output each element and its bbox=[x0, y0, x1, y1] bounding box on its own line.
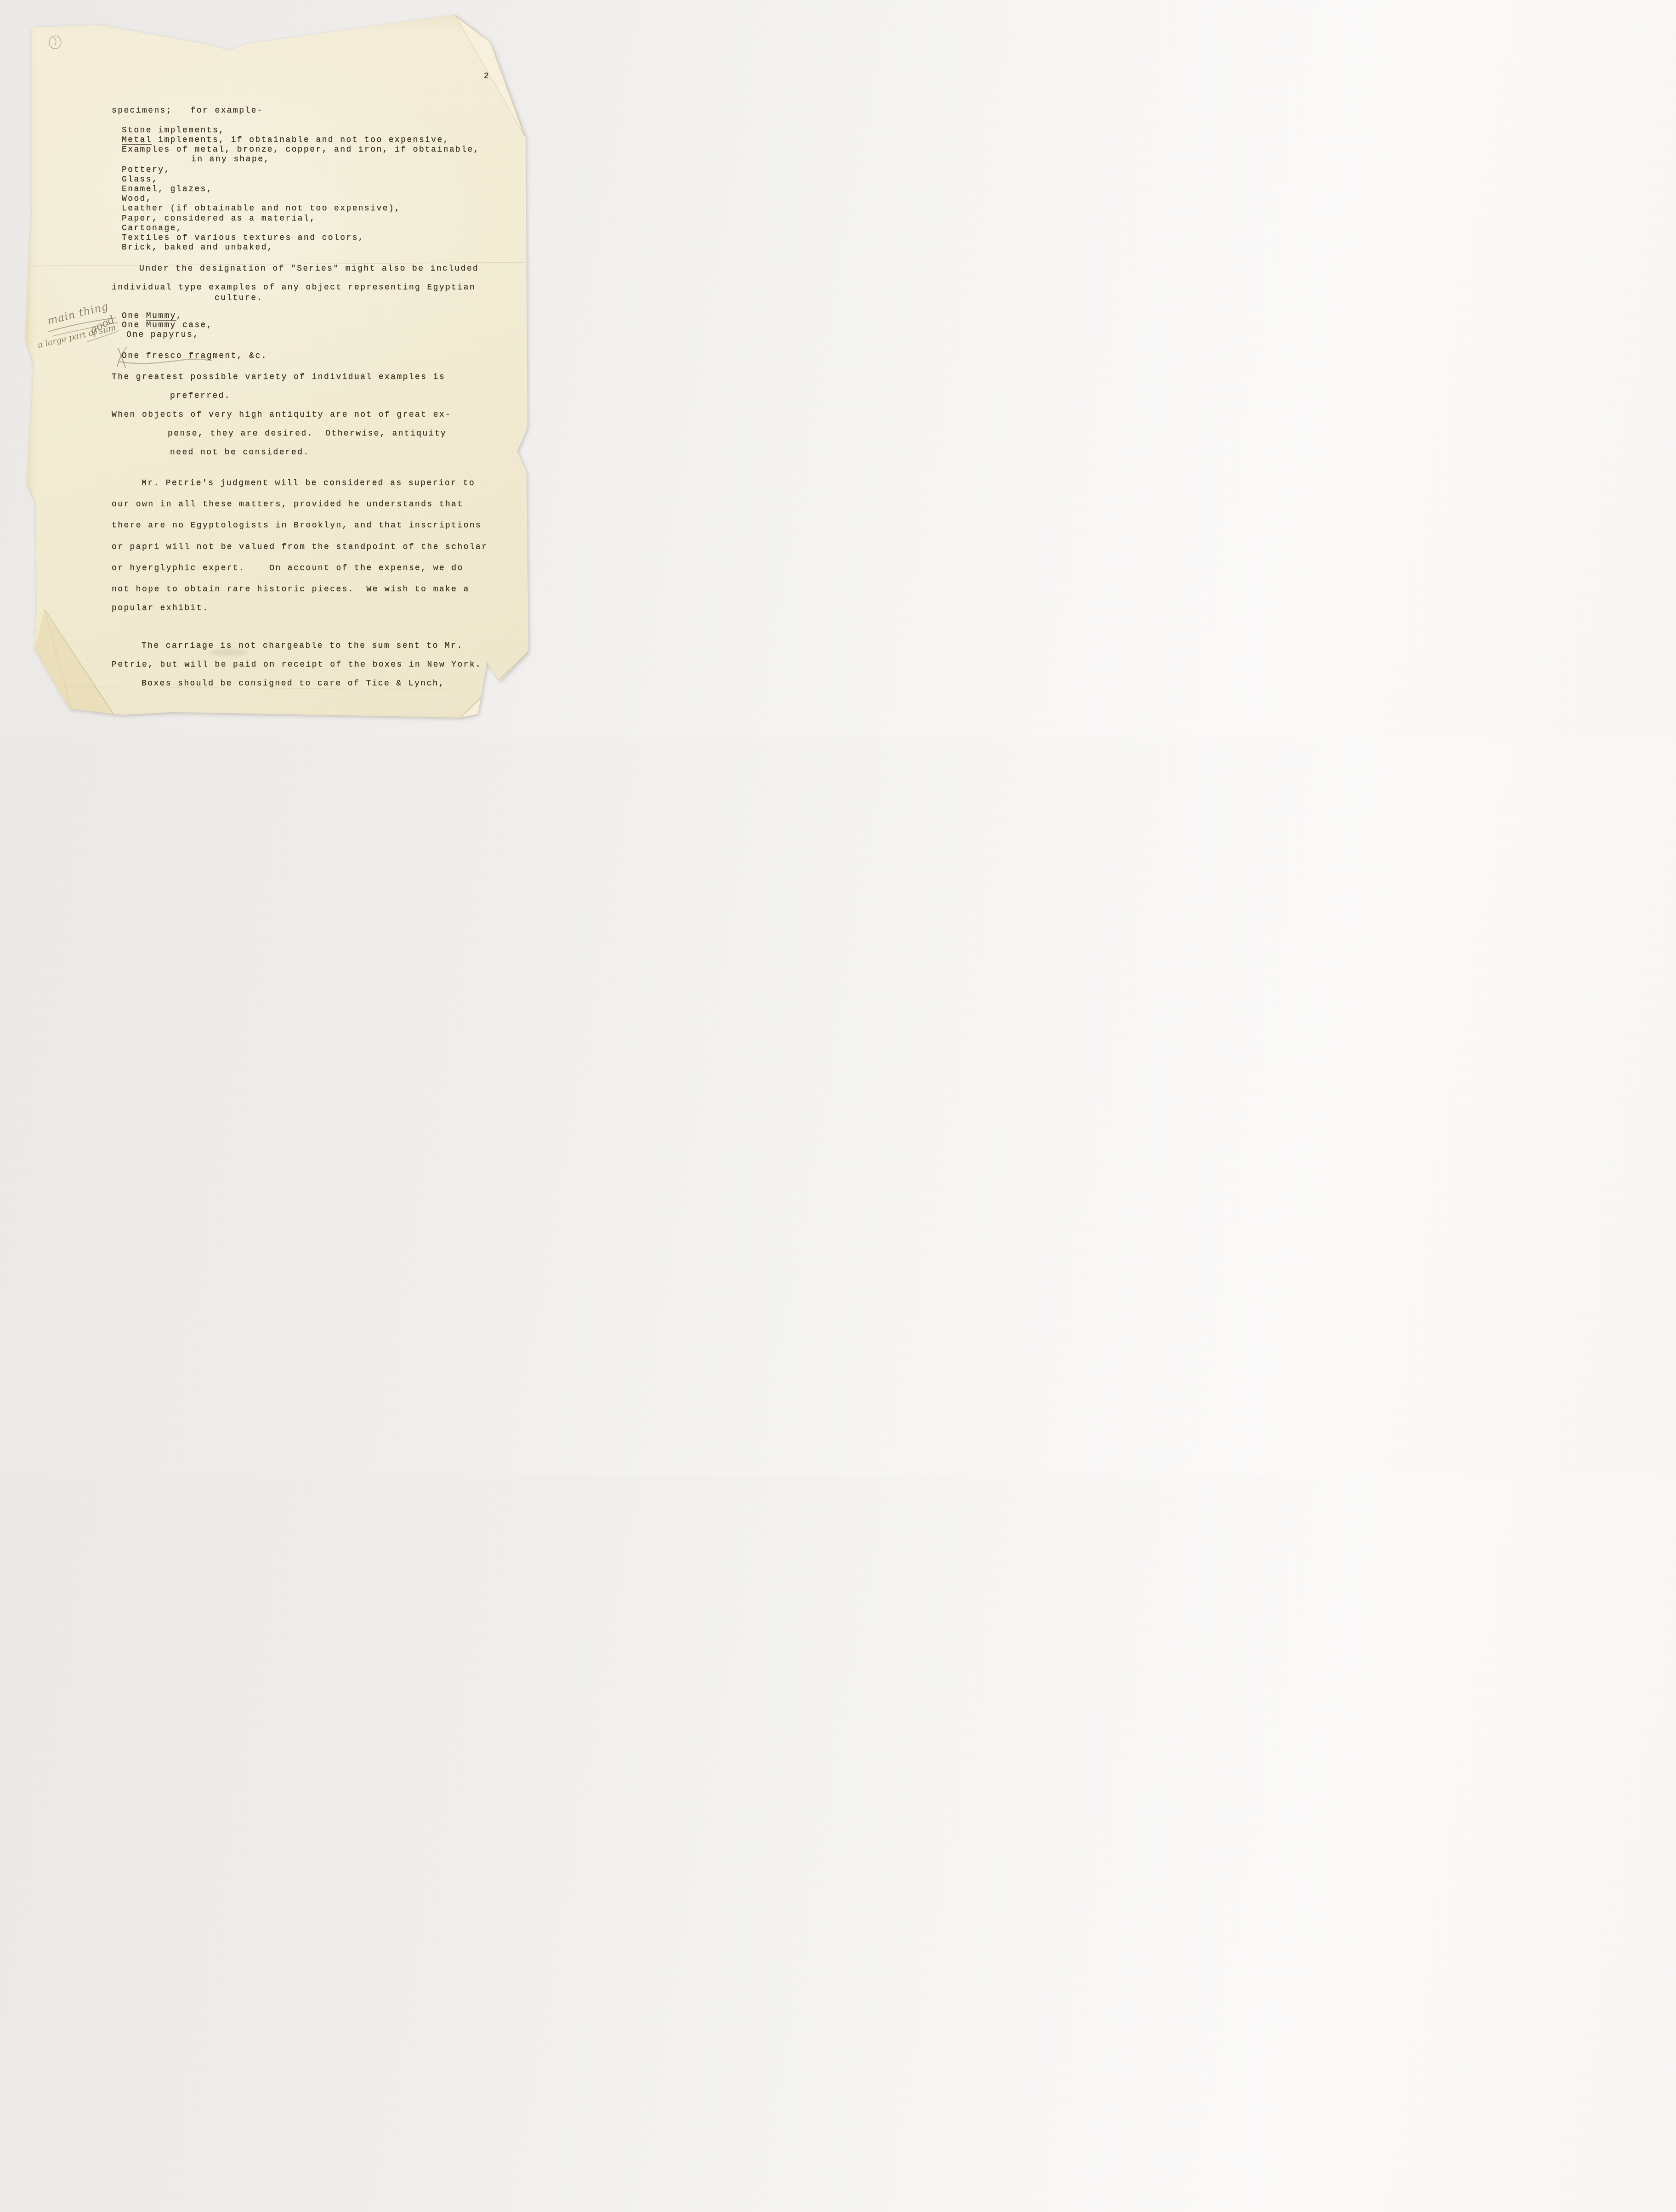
typed-line: Petrie, but will be paid on receipt of t… bbox=[112, 660, 481, 670]
folded-corner-bottom-right bbox=[26, 14, 536, 727]
typed-line: or hyerglyphic expert. On account of the… bbox=[112, 564, 464, 573]
typed-line: The carriage is not chargeable to the su… bbox=[142, 641, 463, 651]
typed-line: preferred. bbox=[170, 391, 231, 401]
typed-line: Glass, bbox=[122, 175, 158, 185]
crease-marks-overlay bbox=[26, 14, 536, 727]
typed-line: in any shape, bbox=[191, 155, 270, 164]
typed-line: Metal implements, if obtainable and not … bbox=[122, 136, 449, 145]
typed-line: Examples of metal, bronze, copper, and i… bbox=[122, 145, 480, 155]
typed-line: Leather (if obtainable and not too expen… bbox=[122, 204, 401, 214]
typed-line: Enamel, glazes, bbox=[122, 185, 213, 194]
pencil-marks-overlay bbox=[26, 14, 536, 727]
typed-line: One Mummy case, bbox=[122, 321, 213, 330]
typed-line: The greatest possible variety of individ… bbox=[112, 373, 445, 382]
folded-corner-bottom-left bbox=[26, 14, 536, 727]
typed-line: One papyrus, bbox=[126, 330, 199, 340]
typed-line: popular exhibit. bbox=[112, 604, 209, 613]
folded-corner-top-right bbox=[26, 14, 536, 727]
typed-line: there are no Egyptologists in Brooklyn, … bbox=[112, 521, 481, 531]
typed-line: One fresco fragment, &c. bbox=[122, 351, 267, 361]
typed-line: Stone implements, bbox=[122, 126, 225, 136]
letter-sheet: 2 specimens; for example- Stone implemen… bbox=[26, 14, 536, 727]
typed-line: our own in all these matters, provided h… bbox=[112, 500, 464, 509]
typed-line: not hope to obtain rare historic pieces.… bbox=[112, 585, 470, 594]
typed-line: Paper, considered as a material, bbox=[122, 214, 316, 224]
typed-line: Textiles of various textures and colors, bbox=[122, 233, 364, 243]
typed-line: Cartonage, bbox=[122, 224, 182, 233]
typed-line: need not be considered. bbox=[170, 448, 310, 458]
typed-line: individual type examples of any object r… bbox=[112, 283, 476, 293]
typed-line: specimens; for example- bbox=[112, 106, 263, 116]
page-number: 2 bbox=[484, 72, 490, 81]
typed-line: Brick, baked and unbaked, bbox=[122, 243, 273, 253]
typed-line: Wood, bbox=[122, 194, 152, 204]
scanned-letter-page: { "page": { "number": "2" }, "document":… bbox=[0, 0, 559, 737]
typed-line: pense, they are desired. Otherwise, anti… bbox=[168, 429, 447, 439]
typed-underline-metal bbox=[122, 144, 152, 145]
typed-line: When objects of very high antiquity are … bbox=[112, 410, 451, 420]
ink-smudge bbox=[209, 649, 248, 656]
typed-line: Boxes should be consigned to care of Tic… bbox=[142, 679, 445, 689]
typed-line: Mr. Petrie's judgment will be considered… bbox=[142, 479, 475, 488]
typed-line: Pottery, bbox=[122, 165, 170, 175]
typed-line: Under the designation of "Series" might … bbox=[139, 264, 479, 274]
paper-surface: 2 specimens; for example- Stone implemen… bbox=[26, 14, 536, 727]
circle-mark bbox=[49, 36, 61, 49]
typed-line: culture. bbox=[215, 294, 263, 303]
typed-line: or papri will not be valued from the sta… bbox=[112, 543, 488, 552]
